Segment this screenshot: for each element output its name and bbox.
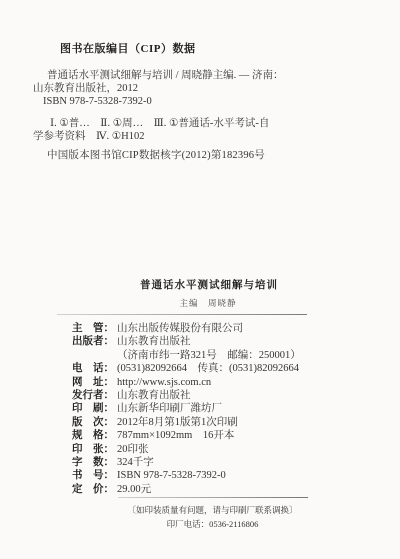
info-row-printer: 印 刷：山东新华印刷厂潍坊厂: [72, 402, 387, 415]
publication-info: 主 管：山东出版传媒股份有限公司 出版者：山东教育出版社 （济南市纬一路321号…: [72, 322, 387, 496]
info-value: 29.00元: [117, 483, 151, 496]
quality-note: 〔如印装质量有问题，请与印刷厂联系调换〕: [95, 503, 330, 517]
cip-record-number: 中国版本图书馆CIP数据核字(2012)第182396号: [47, 147, 265, 162]
info-label: 版 次：: [72, 416, 117, 429]
info-value: （济南市纬一路321号 邮编：250001）: [117, 349, 301, 362]
info-value: 787mm×1092mm 16开本: [117, 429, 234, 442]
info-value: http://www.sjs.com.cn: [117, 376, 211, 389]
cip-description-line: 普通话水平测试细解与培训 / 周晓静主编. — 济南：: [33, 69, 383, 82]
cip-description: 普通话水平测试细解与培训 / 周晓静主编. — 济南： 山东教育出版社，2012…: [33, 69, 383, 108]
info-row-supervisor: 主 管：山东出版传媒股份有限公司: [72, 322, 387, 335]
info-row-wordcount: 字 数：324千字: [72, 456, 387, 469]
info-row-sheets: 印 张：20印张: [72, 443, 387, 456]
info-label: 网 址：: [72, 376, 117, 389]
cip-classification: Ⅰ. ①普… Ⅱ. ①周… Ⅲ. ①普通话-水平考试-自 学参考资料 Ⅳ. ①H…: [33, 117, 383, 143]
cip-classification-line: Ⅰ. ①普… Ⅱ. ①周… Ⅲ. ①普通话-水平考试-自: [33, 117, 383, 130]
info-value: 山东教育出版社: [117, 335, 191, 348]
cip-isbn-line: ISBN 978-7-5328-7392-0: [33, 95, 383, 108]
cip-description-line: 山东教育出版社，2012: [33, 82, 383, 95]
divider-rule-top: [57, 314, 307, 315]
cip-classification-line: 学参考资料 Ⅳ. ①H102: [33, 130, 383, 143]
info-label: 电 话：: [72, 362, 117, 375]
info-label: 规 格：: [72, 429, 117, 442]
divider-rule-bottom: [118, 497, 308, 498]
info-value: ISBN 978-7-5328-7392-0: [117, 469, 226, 482]
book-title: 普通话水平测试细解与培训: [0, 277, 400, 292]
info-row-format: 规 格：787mm×1092mm 16开本: [72, 429, 387, 442]
info-value: 324千字: [117, 456, 154, 469]
info-value: 山东教育出版社: [117, 389, 191, 402]
info-label: 印 刷：: [72, 402, 117, 415]
info-row-publisher: 出版者：山东教育出版社: [72, 335, 387, 348]
info-label: 书 号：: [72, 469, 117, 482]
cip-heading: 图书在版编目（CIP）数据: [60, 40, 195, 56]
info-label: 印 张：: [72, 443, 117, 456]
info-row-distributor: 发行者：山东教育出版社: [72, 389, 387, 402]
info-row-isbn: 书 号：ISBN 978-7-5328-7392-0: [72, 469, 387, 482]
info-value: 山东出版传媒股份有限公司: [117, 322, 243, 335]
footer-note: 〔如印装质量有问题，请与印刷厂联系调换〕 印厂电话：0536-2116806: [95, 503, 330, 531]
info-value: 山东新华印刷厂潍坊厂: [117, 402, 222, 415]
info-row-price: 定 价：29.00元: [72, 483, 387, 496]
copyright-page: 图书在版编目（CIP）数据 普通话水平测试细解与培训 / 周晓静主编. — 济南…: [0, 0, 400, 559]
info-label: 发行者：: [72, 389, 117, 402]
info-label: 出版者：: [72, 335, 117, 348]
info-value: 2012年8月第1版第1次印刷: [117, 416, 238, 429]
info-row-website: 网 址：http://www.sjs.com.cn: [72, 376, 387, 389]
info-row-address: （济南市纬一路321号 邮编：250001）: [72, 349, 387, 362]
info-value: (0531)82092664 传真：(0531)82092664: [117, 362, 299, 375]
info-label: 主 管：: [72, 322, 117, 335]
info-label: 定 价：: [72, 483, 117, 496]
info-label: 字 数：: [72, 456, 117, 469]
info-row-edition: 版 次：2012年8月第1版第1次印刷: [72, 416, 387, 429]
info-row-phone: 电 话：(0531)82092664 传真：(0531)82092664: [72, 362, 387, 375]
info-value: 20印张: [117, 443, 149, 456]
printer-phone: 印厂电话：0536-2116806: [95, 517, 330, 531]
editor-line: 主编 周晓静: [0, 297, 400, 309]
